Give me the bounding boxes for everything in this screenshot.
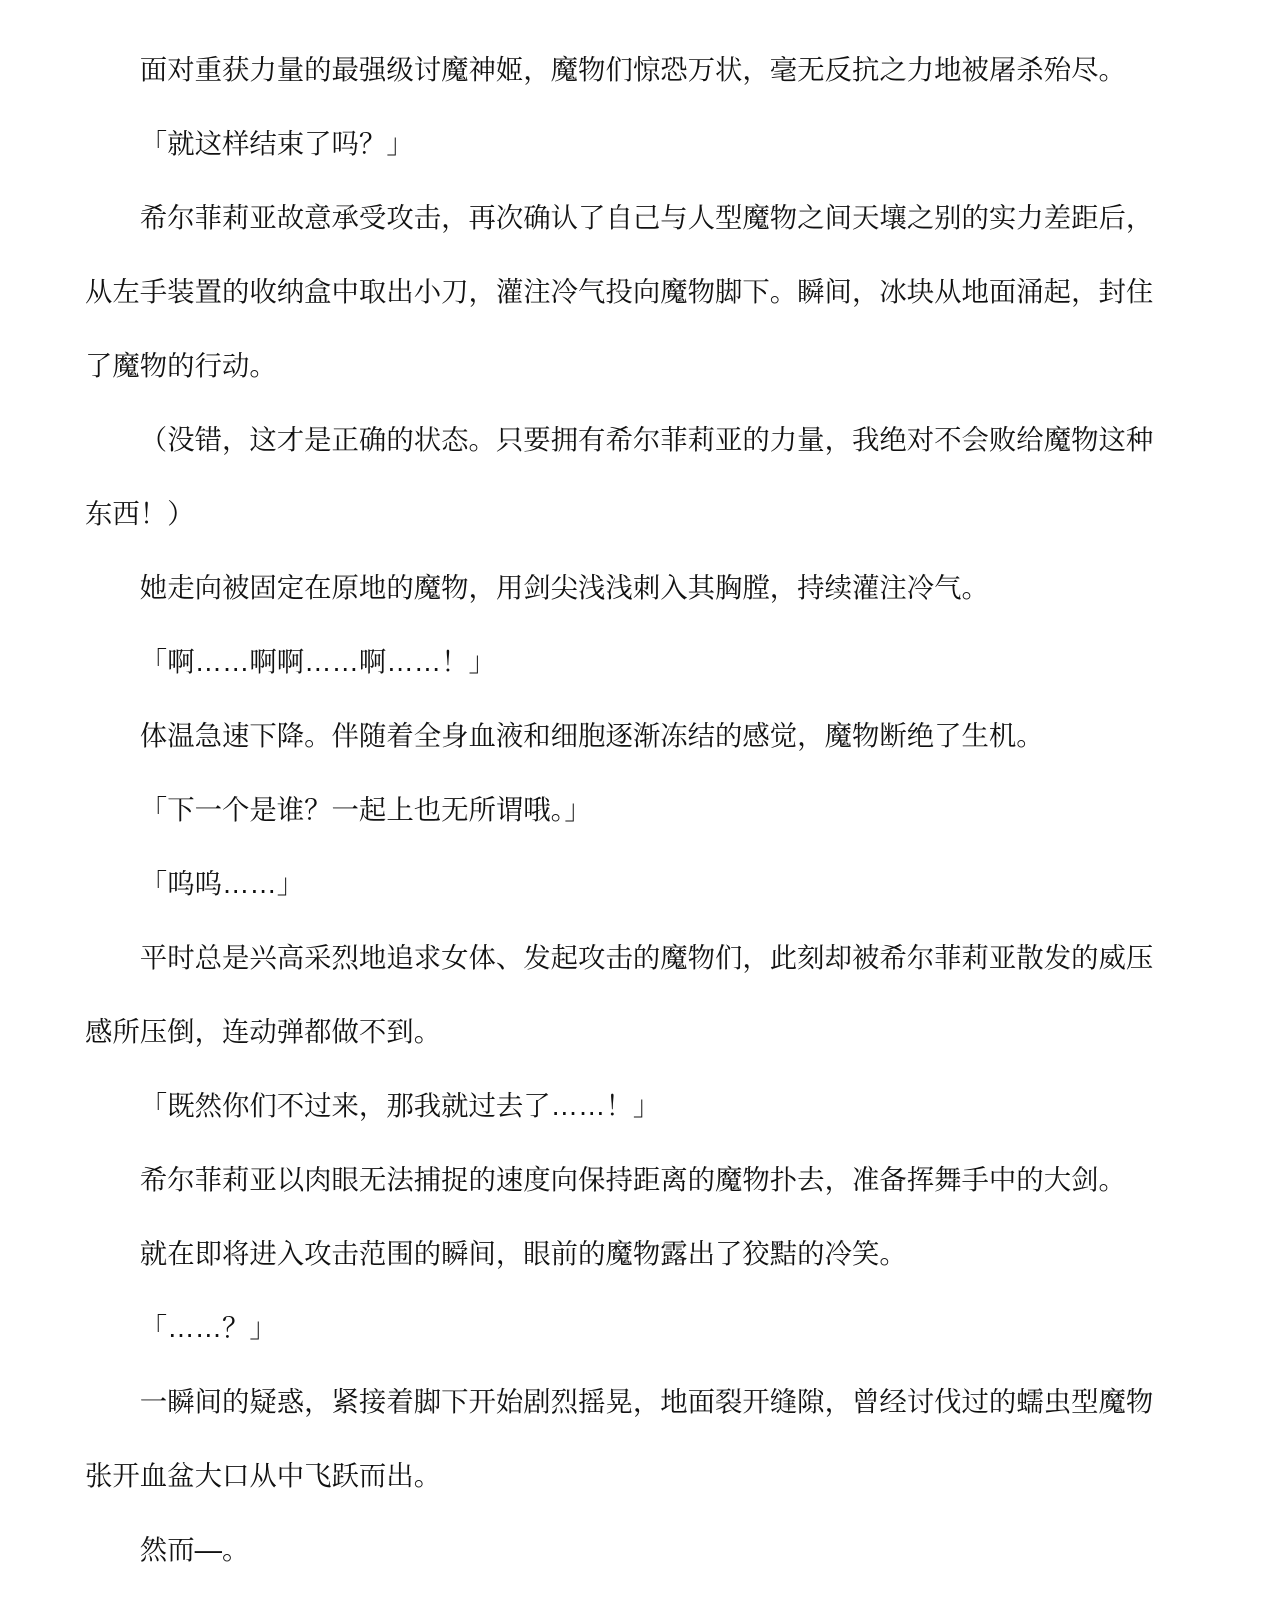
paragraph-inner-thought: （没错，这才是正确的状态。只要拥有希尔菲莉亚的力量，我绝对不会败给魔物这种东西！…	[85, 403, 1162, 551]
novel-page: 面对重获力量的最强级讨魔神姬，魔物们惊恐万状，毫无反抗之力地被屠杀殆尽。 「就这…	[0, 0, 1280, 1587]
paragraph: 就在即将进入攻击范围的瞬间，眼前的魔物露出了狡黠的冷笑。	[85, 1217, 1162, 1291]
paragraph: 面对重获力量的最强级讨魔神姬，魔物们惊恐万状，毫无反抗之力地被屠杀殆尽。	[85, 33, 1162, 107]
paragraph-dialogue: 「啊……啊啊……啊……！」	[85, 625, 1162, 699]
paragraph-dialogue: 「呜呜……」	[85, 847, 1162, 921]
paragraph: 一瞬间的疑惑，紧接着脚下开始剧烈摇晃，地面裂开缝隙，曾经讨伐过的蠕虫型魔物张开血…	[85, 1365, 1162, 1513]
paragraph: 希尔菲莉亚以肉眼无法捕捉的速度向保持距离的魔物扑去，准备挥舞手中的大剑。	[85, 1143, 1162, 1217]
paragraph: 希尔菲莉亚故意承受攻击，再次确认了自己与人型魔物之间天壤之别的实力差距后，从左手…	[85, 181, 1162, 403]
paragraph: 然而—。	[85, 1513, 1162, 1587]
paragraph: 体温急速下降。伴随着全身血液和细胞逐渐冻结的感觉，魔物断绝了生机。	[85, 699, 1162, 773]
paragraph-dialogue: 「既然你们不过来，那我就过去了……！」	[85, 1069, 1162, 1143]
paragraph: 平时总是兴高采烈地追求女体、发起攻击的魔物们，此刻却被希尔菲莉亚散发的威压感所压…	[85, 921, 1162, 1069]
paragraph: 她走向被固定在原地的魔物，用剑尖浅浅刺入其胸膛，持续灌注冷气。	[85, 551, 1162, 625]
paragraph-dialogue: 「下一个是谁？一起上也无所谓哦。」	[85, 773, 1162, 847]
paragraph-dialogue: 「就这样结束了吗？」	[85, 107, 1162, 181]
novel-text-body: 面对重获力量的最强级讨魔神姬，魔物们惊恐万状，毫无反抗之力地被屠杀殆尽。 「就这…	[85, 33, 1162, 1587]
paragraph-dialogue: 「……？」	[85, 1291, 1162, 1365]
